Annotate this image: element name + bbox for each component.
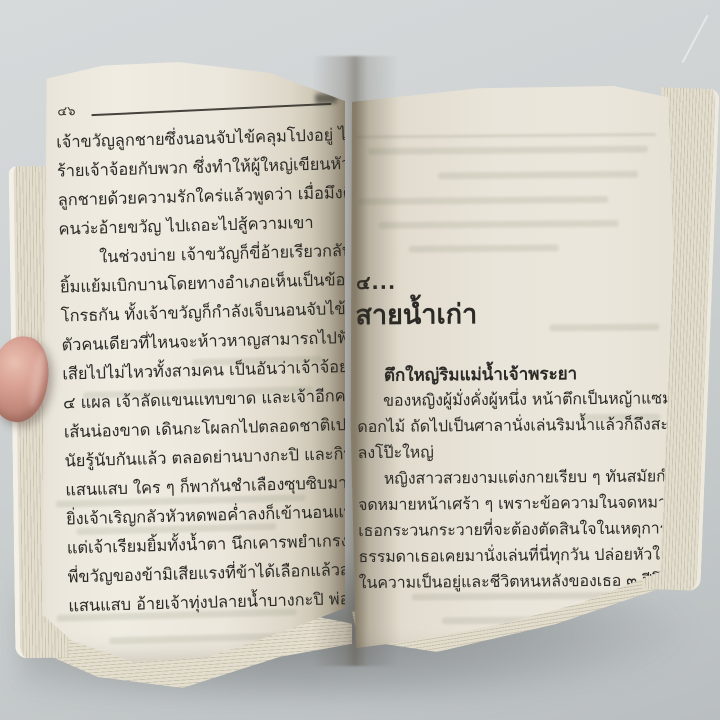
chapter-title: สายน้ำเก่า [355,292,477,336]
background-scratch [681,15,708,64]
text-line: ธรรมดาเธอเคยมานั่งเล่นที่นี่ทุกวัน ปล่อย… [358,541,680,570]
paragraph: ของหญิงผู้มั่งคั่งผู้หนึ่ง หน้าตึกเป็นหญ… [357,385,680,466]
section-heading: ตึกใหญ่ริมแม่น้ำเจ้าพระยา [384,360,578,389]
ghost-header-rule [356,133,656,138]
paragraph: หญิงสาวสวยงามแต่งกายเรียบ ๆ ทันสมัยกำลัง… [358,463,680,596]
page-number: ๔๖ [57,100,76,121]
header-rule [92,103,332,116]
right-page-content: ๔... สายน้ำเก่า ตึกใหญ่ริมแม่น้ำเจ้าพระย… [350,86,680,651]
text-line: จดหมายหน้าเศร้า ๆ เพราะข้อความในจดหมายนั… [358,489,680,518]
running-title-smudge [315,93,337,104]
text-line: ของหญิงผู้มั่งคั่งผู้หนึ่ง หน้าตึกเป็นหญ… [357,385,680,414]
ghost-text-line [438,171,638,180]
text-line: เธอกระวนกระวายที่จะต้องตัดสินใจในเหตุการ… [358,515,680,544]
ghost-text-line [379,220,619,229]
ghost-text-line [549,323,659,331]
right-page: ๔... สายน้ำเก่า ตึกใหญ่ริมแม่น้ำเจ้าพระย… [350,86,680,651]
ghost-text-line [368,146,648,155]
text-line: หญิงสาวสวยงามแต่งกายเรียบ ๆ ทันสมัยกำลัง… [358,463,680,492]
left-page: ๔๖ เจ้าขวัญลูกชายซึ่งนอนจับไข้คลุมโปงอยู… [42,62,345,662]
ghost-text-line [409,244,559,252]
photo-open-book: ๔๖ เจ้าขวัญลูกชายซึ่งนอนจับไข้คลุมโปงอยู… [0,0,720,720]
ghost-text-line [358,196,608,205]
left-page-text: เจ้าขวัญลูกชายซึ่งนอนจับไข้คลุมโปงอยู่ ไ… [56,118,345,620]
left-page-content: ๔๖ เจ้าขวัญลูกชายซึ่งนอนจับไข้คลุมโปงอยู… [42,62,345,662]
text-line: ดอกไม้ ถัดไปเป็นศาลานั่งเล่นริมน้ำแล้วก็… [357,411,680,440]
text-line: ลงโป๊ะใหญ่ [357,437,680,466]
